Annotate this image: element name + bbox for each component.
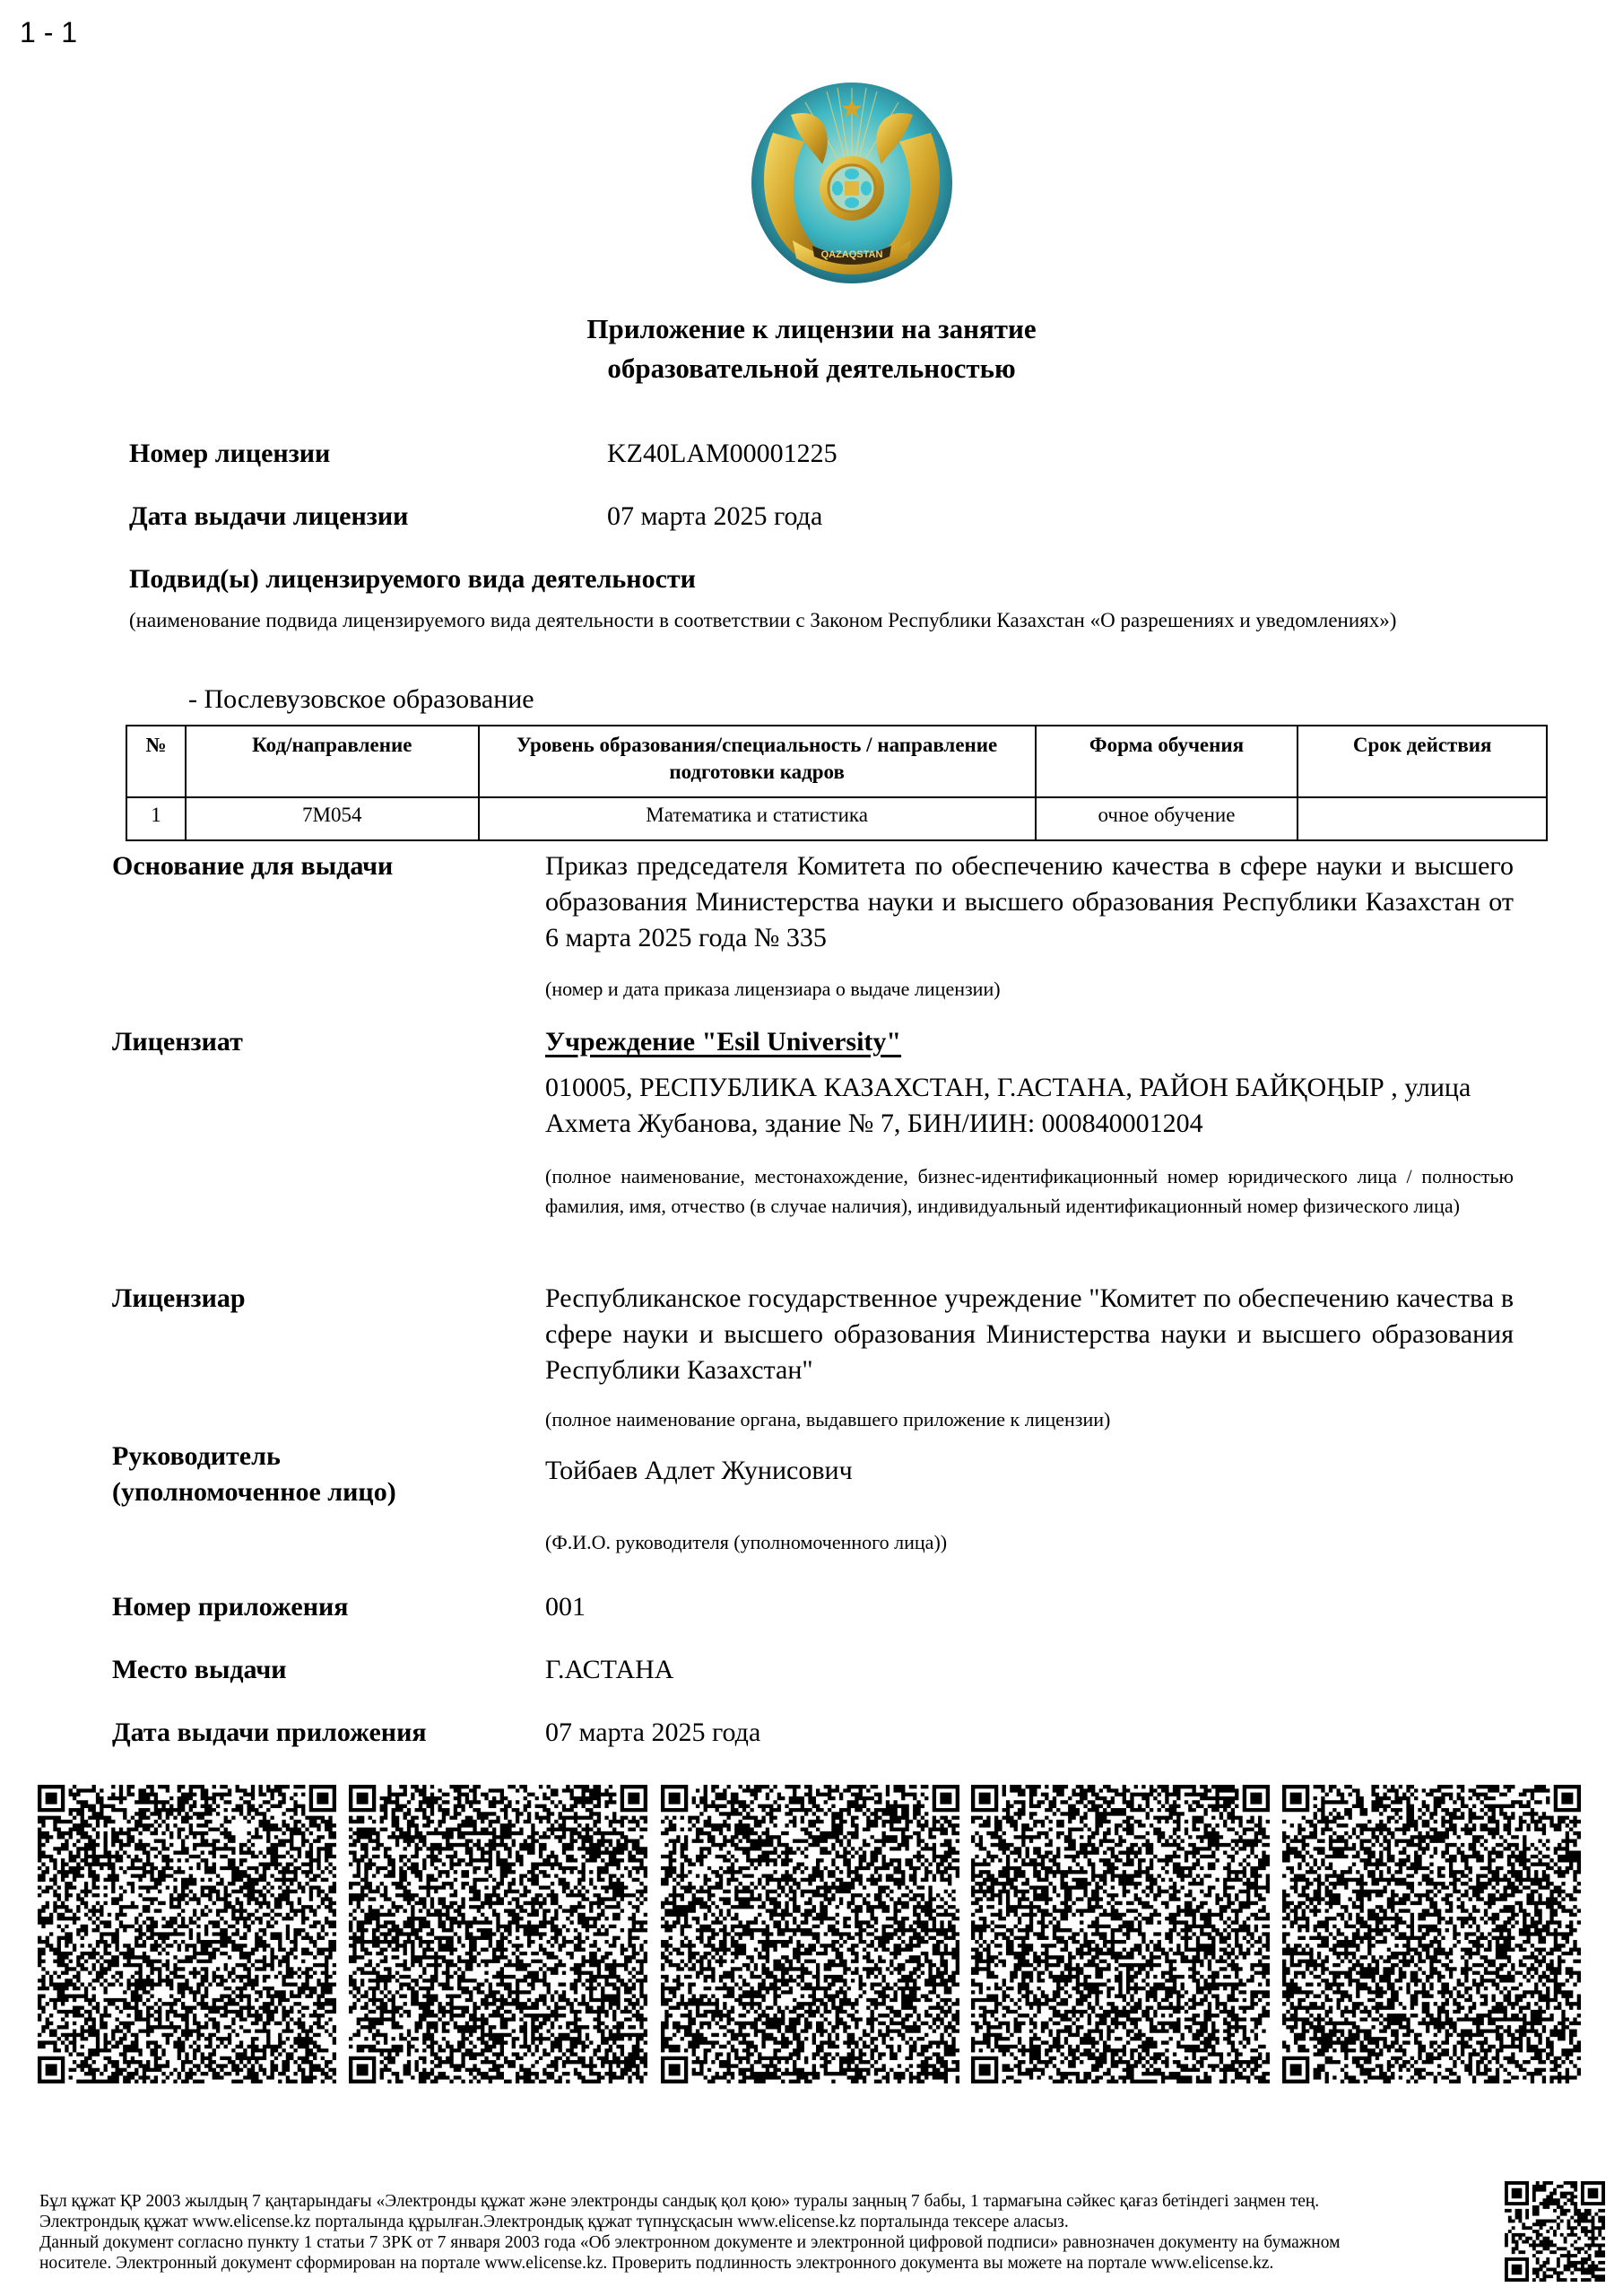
issue-place-value: Г.АСТАНА [545,1652,673,1688]
license-number-label: Номер лицензии [129,436,330,472]
basis-hint: (номер и дата приказа лицензиара о выдач… [545,976,1001,1003]
table-row: 1 7M054 Математика и статистика очное об… [126,797,1547,840]
page-marker: 1 - 1 [20,16,77,49]
licensor-value: Республиканское государственное учрежден… [545,1281,1514,1388]
header-code: Код/направление [186,726,479,797]
footer-kz-line-1: Бұл құжат ҚР 2003 жылдың 7 қаңтарындағы … [39,2191,1510,2212]
qr-code-icon [661,1785,959,2083]
cell-study-form: очное обучение [1036,797,1298,840]
appendix-number-value: 001 [545,1589,586,1625]
head-name: Тойбаев Адлет Жунисович [545,1453,853,1489]
header-validity: Срок действия [1298,726,1547,797]
subtype-value: - Послевузовское образование [188,682,534,717]
svg-text:QAZAQSTAN: QAZAQSTAN [821,249,883,260]
qr-code-icon [1282,1785,1581,2083]
title-line-1: Приложение к лицензии на занятие [0,309,1623,349]
head-hint: (Ф.И.О. руководителя (уполномоченного ли… [545,1529,947,1556]
state-emblem-icon: QAZAQSTAN [737,79,967,291]
licensee-address: 010005, РЕСПУБЛИКА КАЗАХСТАН, Г.АСТАНА, … [545,1070,1518,1142]
title-line-2: образовательной деятельностью [0,349,1623,388]
licensee-label: Лицензиат [112,1024,243,1060]
subtype-hint: (наименование подвида лицензируемого вид… [129,606,1519,634]
license-number-value: KZ40LAM00001225 [607,436,838,472]
header-study-form: Форма обучения [1036,726,1298,797]
appendix-date-label: Дата выдачи приложения [112,1715,427,1751]
licensee-name: Учреждение "Esil University" [545,1024,901,1060]
head-label-line-1: Руководитель [112,1439,396,1474]
cell-code: 7M054 [186,797,479,840]
qr-code-icon [971,1785,1270,2083]
head-label: Руководитель (уполномоченное лицо) [112,1439,396,1510]
footer-kz-line-2: Электрондық құжат www.elicense.kz портал… [39,2212,1510,2232]
qr-code-icon [38,1785,336,2083]
head-label-line-2: (уполномоченное лицо) [112,1474,396,1510]
table-header-row: № Код/направление Уровень образования/сп… [126,726,1547,797]
header-specialty: Уровень образования/специальность / напр… [479,726,1036,797]
license-date-label: Дата выдачи лицензии [129,499,408,535]
issue-place-label: Место выдачи [112,1652,287,1688]
footer-ru-line-2: носителе. Электронный документ сформиров… [39,2253,1510,2274]
header-number: № [126,726,186,797]
cell-number: 1 [126,797,186,840]
specialties-table: № Код/направление Уровень образования/сп… [126,725,1548,841]
cell-validity [1298,797,1547,840]
cell-specialty: Математика и статистика [479,797,1036,840]
appendix-date-value: 07 марта 2025 года [545,1715,760,1751]
footer-ru-line-1: Данный документ согласно пункту 1 статьи… [39,2232,1510,2253]
subtype-label: Подвид(ы) лицензируемого вида деятельнос… [129,561,696,597]
basis-label: Основание для выдачи [112,848,393,884]
footer-legal-text: Бұл құжат ҚР 2003 жылдың 7 қаңтарындағы … [39,2191,1510,2274]
basis-value: Приказ председателя Комитета по обеспече… [545,848,1514,956]
qr-code-icon [349,1785,647,2083]
licensor-label: Лицензиар [112,1281,246,1317]
appendix-number-label: Номер приложения [112,1589,349,1625]
licensee-hint: (полное наименование, местонахождение, б… [545,1161,1514,1221]
licensor-hint: (полное наименование органа, выдавшего п… [545,1406,1110,1433]
document-title: Приложение к лицензии на занятие образов… [0,309,1623,388]
footer-qr-code-icon [1505,2181,1605,2282]
license-date-value: 07 марта 2025 года [607,499,822,535]
